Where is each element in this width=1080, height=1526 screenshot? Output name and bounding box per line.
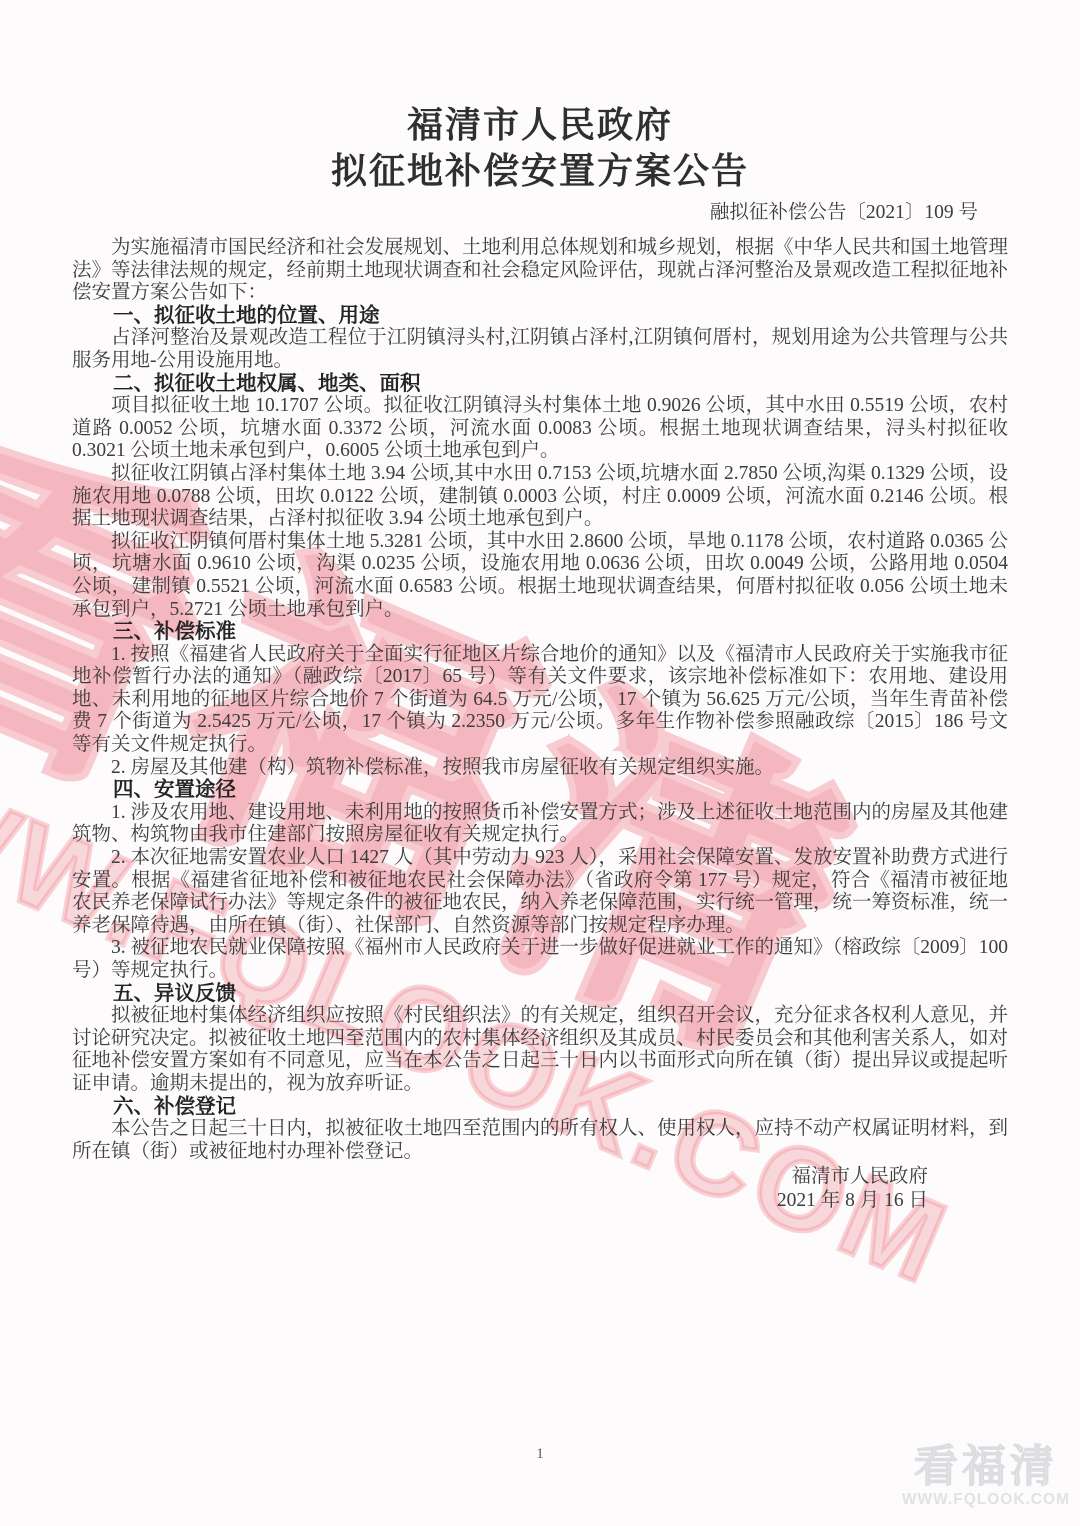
section-3-paragraph: 1. 按照《福建省人民政府关于全面实行征地区片综合地价的通知》以及《福清市人民政…: [72, 644, 1008, 757]
section-4-paragraph: 3. 被征地农民就业保障按照《福州市人民政府关于进一步做好促进就业工作的通知》（…: [72, 937, 1008, 982]
document-content: 福清市人民政府 拟征地补偿安置方案公告 融拟征补偿公告〔2021〕109 号 为…: [0, 0, 1080, 1212]
section-4-paragraph: 1. 涉及农用地、建设用地、未利用地的按照货币补偿安置方式；涉及上述征收土地范围…: [72, 802, 1008, 847]
section-1-paragraph: 占泽河整治及景观改造工程位于江阴镇浔头村,江阴镇占泽村,江阴镇何厝村，规划用途为…: [72, 327, 1008, 372]
section-heading-2: 二、拟征收土地权属、地类、面积: [72, 373, 1008, 396]
section-2-paragraph: 拟征收江阴镇何厝村集体土地 5.3281 公顷，其中水田 2.8600 公顷，旱…: [72, 531, 1008, 621]
doc-number: 融拟征补偿公告〔2021〕109 号: [72, 201, 1008, 224]
intro-paragraph: 为实施福清市国民经济和社会发展规划、土地利用总体规划和城乡规划，根据《中华人民共…: [72, 237, 1008, 305]
doc-body: 为实施福清市国民经济和社会发展规划、土地利用总体规划和城乡规划，根据《中华人民共…: [72, 237, 1008, 1163]
section-5-paragraph: 拟被征地村集体经济组织应按照《村民组织法》的有关规定，组织召开会议，充分征求各权…: [72, 1005, 1008, 1095]
watermark-corner-url: WWW.FQLOOK.COM: [902, 1491, 1070, 1510]
page-number: 1: [0, 1446, 1080, 1463]
signature-authority: 福清市人民政府: [72, 1165, 1008, 1189]
document-page: 看福清 WWW.FQLOOK.COM 福清市人民政府 拟征地补偿安置方案公告 融…: [0, 0, 1080, 1526]
section-heading-4: 四、安置途径: [72, 779, 1008, 802]
section-heading-3: 三、补偿标准: [72, 621, 1008, 644]
section-3-paragraph: 2. 房屋及其他建（构）筑物补偿标准，按照我市房屋征收有关规定组织实施。: [72, 757, 1008, 780]
signature-date: 2021 年 8 月 16 日: [72, 1189, 1008, 1213]
section-heading-6: 六、补偿登记: [72, 1096, 1008, 1119]
section-heading-1: 一、拟征收土地的位置、用途: [72, 305, 1008, 328]
doc-title-line1: 福清市人民政府: [72, 102, 1008, 148]
section-2-paragraph: 项目拟征收土地 10.1707 公顷。拟征收江阴镇浔头村集体土地 0.9026 …: [72, 395, 1008, 463]
section-6-paragraph: 本公告之日起三十日内，拟被征收土地四至范围内的所有权人、使用权人，应持不动产权属…: [72, 1118, 1008, 1163]
doc-title-line2: 拟征地补偿安置方案公告: [72, 148, 1008, 194]
signature-block: 福清市人民政府 2021 年 8 月 16 日: [72, 1165, 1008, 1212]
section-4-paragraph: 2. 本次征地需安置农业人口 1427 人（其中劳动力 923 人），采用社会保…: [72, 847, 1008, 937]
section-heading-5: 五、异议反馈: [72, 983, 1008, 1006]
section-2-paragraph: 拟征收江阴镇占泽村集体土地 3.94 公顷,其中水田 0.7153 公顷,坑塘水…: [72, 463, 1008, 531]
